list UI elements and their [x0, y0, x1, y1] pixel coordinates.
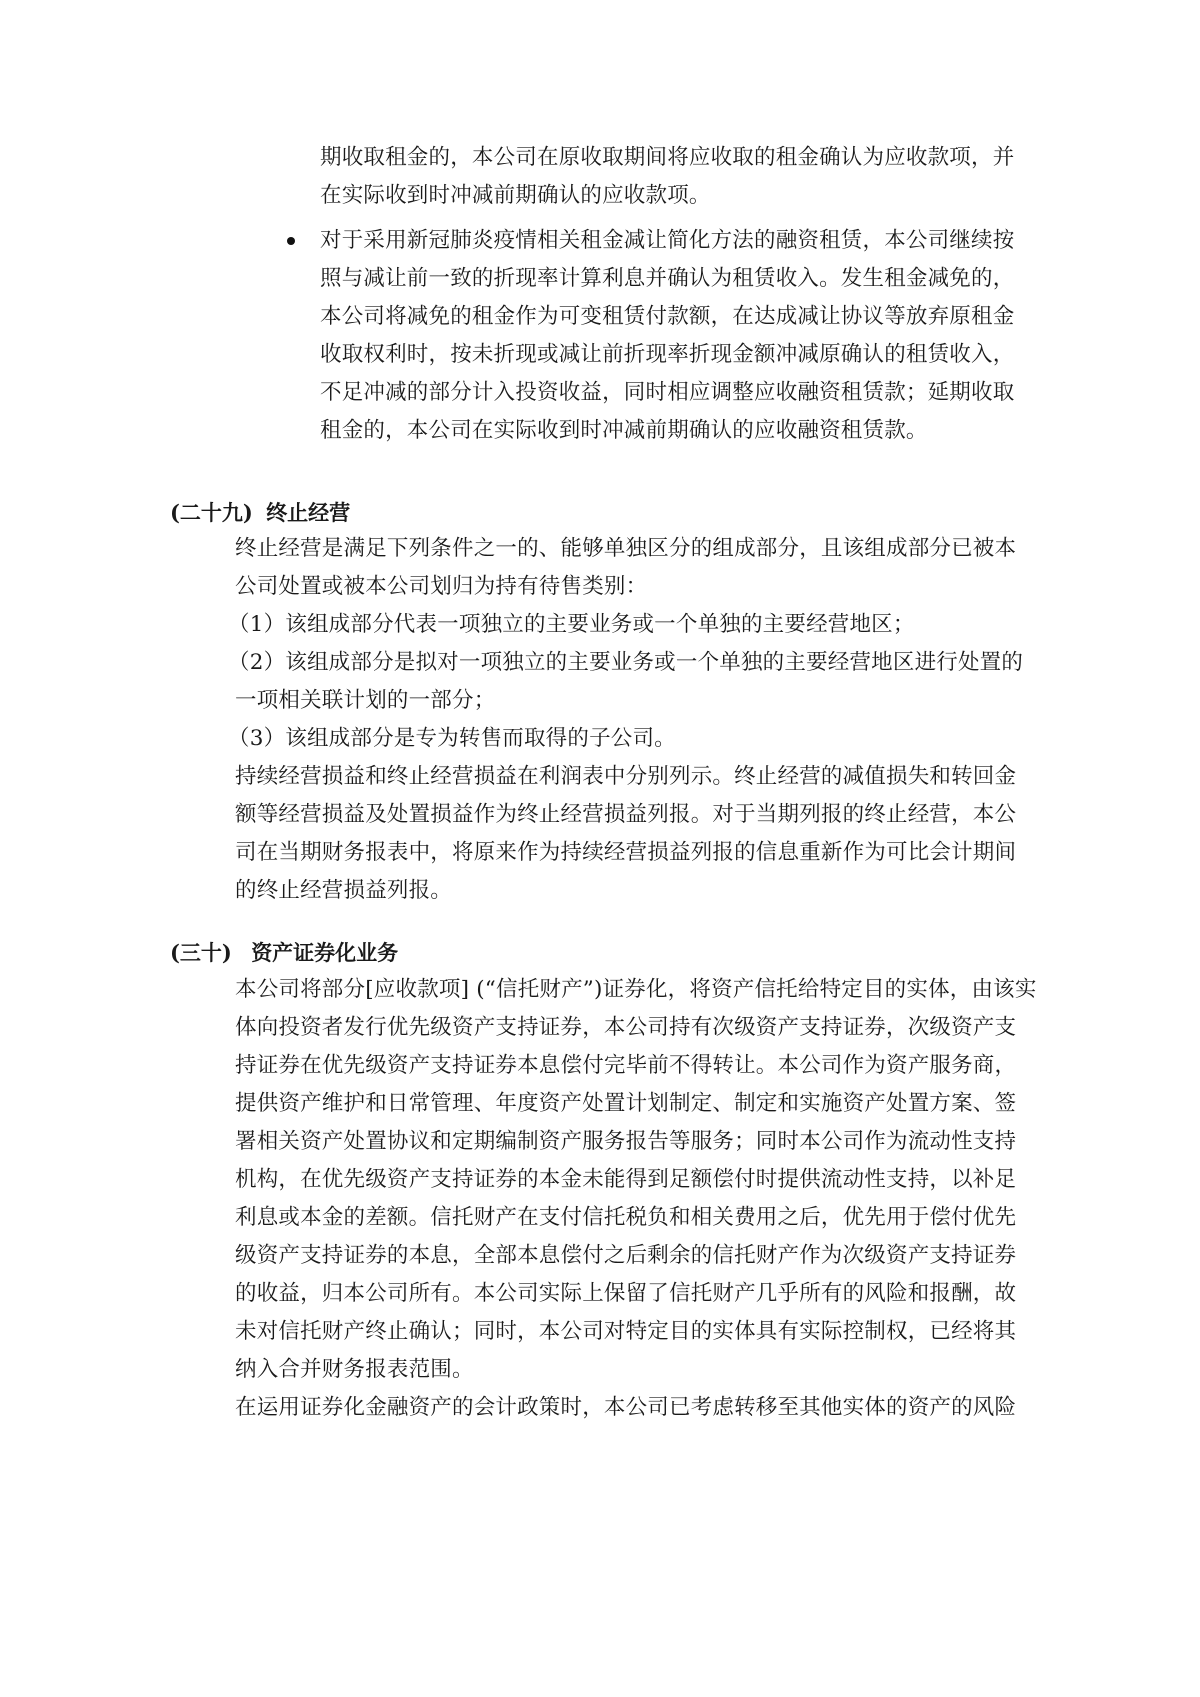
section-heading-29: (二十九) 终止经营: [170, 498, 350, 528]
bullet-line: 租金的，本公司在实际收到时冲减前期确认的应收融资租赁款。: [320, 416, 928, 446]
paragraph-line: 在实际收到时冲减前期确认的应收款项。: [320, 181, 711, 211]
bullet-line: 不足冲减的部分计入投资收益，同时相应调整应收融资租赁款；延期收取: [320, 378, 943, 408]
paragraph-line: 提供资产维护和日常管理、年度资产处置计划制定、制定和实施资产处置方案、签: [235, 1089, 943, 1119]
bullet-dot-icon: [287, 237, 295, 245]
list-item: （1）该组成部分代表一项独立的主要业务或一个单独的主要经营地区；: [228, 610, 915, 640]
bullet-line: 照与减让前一致的折现率计算利息并确认为租赁收入。发生租金减免的，: [320, 264, 943, 294]
paragraph-line: 机构，在优先级资产支持证券的本金未能得到足额偿付时提供流动性支持，以补足: [235, 1165, 943, 1195]
list-item: （2）该组成部分是拟对一项独立的主要业务或一个单独的主要经营地区进行处置的: [228, 648, 943, 678]
paragraph-line: 持续经营损益和终止经营损益在利润表中分别列示。终止经营的减值损失和转回金: [235, 762, 943, 792]
list-item: 一项相关联计划的一部分；: [235, 686, 495, 716]
paragraph-line: 持证券在优先级资产支持证券本息偿付完毕前不得转让。本公司作为资产服务商，: [235, 1051, 943, 1081]
paragraph-line: 本公司将部分[应收款项] (“信托财产”)证券化，将资产信托给特定目的实体，由该…: [235, 975, 943, 1005]
bullet-line: 本公司将减免的租金作为可变租赁付款额，在达成减让协议等放弃原租金: [320, 302, 943, 332]
paragraph-line: 公司处置或被本公司划归为持有待售类别：: [235, 572, 647, 602]
bullet-line: 对于采用新冠肺炎疫情相关租金减让简化方法的融资租赁，本公司继续按: [320, 226, 943, 256]
paragraph-line: 体向投资者发行优先级资产支持证券，本公司持有次级资产支持证券，次级资产支: [235, 1013, 943, 1043]
paragraph-line: 的收益，归本公司所有。本公司实际上保留了信托财产几乎所有的风险和报酬，故: [235, 1279, 943, 1309]
paragraph-line: 司在当期财务报表中，将原来作为持续经营损益列报的信息重新作为可比会计期间: [235, 838, 943, 868]
paragraph-line: 利息或本金的差额。信托财产在支付信托税负和相关费用之后，优先用于偿付优先: [235, 1203, 943, 1233]
bullet-line: 收取权利时，按未折现或减让前折现率折现金额冲减原确认的租赁收入，: [320, 340, 943, 370]
paragraph-line: 额等经营损益及处置损益作为终止经营损益列报。对于当期列报的终止经营，本公: [235, 800, 943, 830]
paragraph-line: 未对信托财产终止确认；同时，本公司对特定目的实体具有实际控制权，已经将其: [235, 1317, 943, 1347]
list-item: （3）该组成部分是专为转售而取得的子公司。: [228, 724, 676, 754]
section-title: 资产证券化业务: [251, 940, 398, 965]
paragraph-line: 的终止经营损益列报。: [235, 876, 452, 906]
section-title: 终止经营: [266, 500, 350, 525]
section-heading-30: (三十) 资产证券化业务: [170, 938, 398, 968]
paragraph-line: 在运用证券化金融资产的会计政策时，本公司已考虑转移至其他实体的资产的风险: [235, 1393, 943, 1423]
section-number: (二十九): [170, 500, 253, 525]
paragraph-line: 级资产支持证券的本息，全部本息偿付之后剩余的信托财产作为次级资产支持证券: [235, 1241, 943, 1271]
paragraph-line: 署相关资产处置协议和定期编制资产服务报告等服务；同时本公司作为流动性支持: [235, 1127, 943, 1157]
paragraph-line: 纳入合并财务报表范围。: [235, 1355, 474, 1385]
paragraph-line: 期收取租金的，本公司在原收取期间将应收取的租金确认为应收款项，并: [320, 143, 943, 173]
paragraph-line: 终止经营是满足下列条件之一的、能够单独区分的组成部分，且该组成部分已被本: [235, 534, 943, 564]
section-number: (三十): [170, 940, 232, 965]
document-page: 期收取租金的，本公司在原收取期间将应收取的租金确认为应收款项，并 在实际收到时冲…: [0, 0, 1200, 1697]
